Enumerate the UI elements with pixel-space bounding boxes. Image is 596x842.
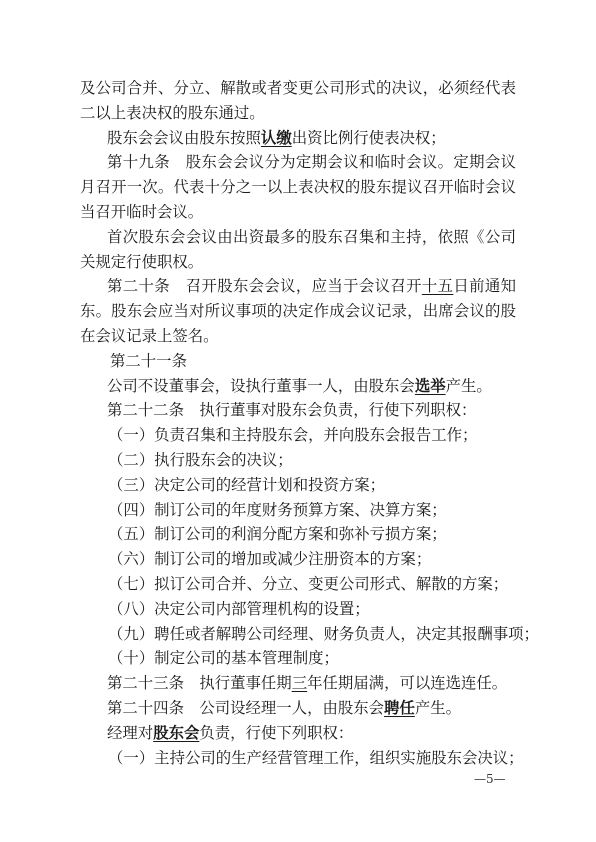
document-page: 及公司合并、分立、解散或者变更公司形式的决议，必须经代表三分之 二以上表决权的股… <box>80 76 516 770</box>
list-item: （七）拟订公司合并、分立、变更公司形式、解散的方案； <box>80 572 516 597</box>
text-span: 股东会会议由股东按照 <box>107 129 261 147</box>
text-line: 月召开一次。代表十分之一以上表决权的股东提议召开临时会议的，应 <box>80 175 516 200</box>
filled-field: 认缴 <box>261 129 292 147</box>
text-span: 第二十三条 执行董事任期 <box>107 674 292 692</box>
text-span: 出资比例行使表决权； <box>292 129 446 147</box>
list-item: （一）主持公司的生产经营管理工作，组织实施股东会决议； <box>80 746 516 771</box>
filled-field: 选举 <box>415 377 446 395</box>
text-span: 经理对 <box>107 724 153 742</box>
text-line: 东。股东会应当对所议事项的决定作成会议记录，出席会议的股东应当 <box>80 299 516 324</box>
text-line: 及公司合并、分立、解散或者变更公司形式的决议，必须经代表三分之 <box>80 76 516 101</box>
text-span: 产生。 <box>415 699 461 717</box>
list-item: （五）制订公司的利润分配方案和弥补亏损方案； <box>80 522 516 547</box>
article-22: 第二十二条 执行董事对股东会负责，行使下列职权： <box>80 398 516 423</box>
list-item: （二）执行股东会的决议； <box>80 448 516 473</box>
text-span: 年任期届满，可以连选连任。 <box>307 674 507 692</box>
text-line: 首次股东会会议由出资最多的股东召集和主持，依照《公司法》有 <box>80 225 516 250</box>
text-line: 经理对股东会负责，行使下列职权： <box>80 721 516 746</box>
text-line: 关规定行使职权。 <box>80 250 516 275</box>
text-line: 在会议记录上签名。 <box>80 324 516 349</box>
text-span: 公司不设董事会，设执行董事一人，由股东会 <box>107 377 415 395</box>
list-item: （十）制定公司的基本管理制度； <box>80 646 516 671</box>
article-21: 第二十一条 <box>80 349 516 374</box>
list-item: （四）制订公司的年度财务预算方案、决算方案； <box>80 498 516 523</box>
list-item: （一）负责召集和主持股东会，并向股东会报告工作； <box>80 423 516 448</box>
list-item: （八）决定公司内部管理机构的设置； <box>80 597 516 622</box>
filled-field: 聘任 <box>384 699 415 717</box>
page-number: —5— <box>474 772 506 786</box>
text-line: 当召开临时会议。 <box>80 200 516 225</box>
article-23: 第二十三条 执行董事任期三年任期届满，可以连选连任。 <box>80 671 516 696</box>
list-item: （九）聘任或者解聘公司经理、财务负责人，决定其报酬事项； <box>80 622 516 647</box>
filled-field: 股东会 <box>153 724 199 742</box>
text-span: 产生。 <box>446 377 492 395</box>
voting-clause: 股东会会议由股东按照认缴出资比例行使表决权； <box>80 126 516 151</box>
text-span: 第二十条 召开股东会会议，应当于会议召开 <box>107 277 422 295</box>
text-span: 第二十四条 公司设经理一人，由股东会 <box>107 699 384 717</box>
article-19: 第十九条 股东会会议分为定期会议和临时会议。定期会议每 <box>80 150 516 175</box>
text-line: 二以上表决权的股东通过。 <box>80 101 516 126</box>
text-line: 公司不设董事会，设执行董事一人，由股东会选举产生。 <box>80 374 516 399</box>
list-item: （三）决定公司的经营计划和投资方案； <box>80 473 516 498</box>
article-20: 第二十条 召开股东会会议，应当于会议召开十五日前通知全体股 <box>80 274 516 299</box>
text-span: 负责，行使下列职权： <box>199 724 353 742</box>
article-24: 第二十四条 公司设经理一人，由股东会聘任产生。 <box>80 696 516 721</box>
list-item: （六）制订公司的增加或减少注册资本的方案； <box>80 547 516 572</box>
filled-field: 三 <box>292 674 307 692</box>
filled-field: 十五 <box>422 277 454 295</box>
